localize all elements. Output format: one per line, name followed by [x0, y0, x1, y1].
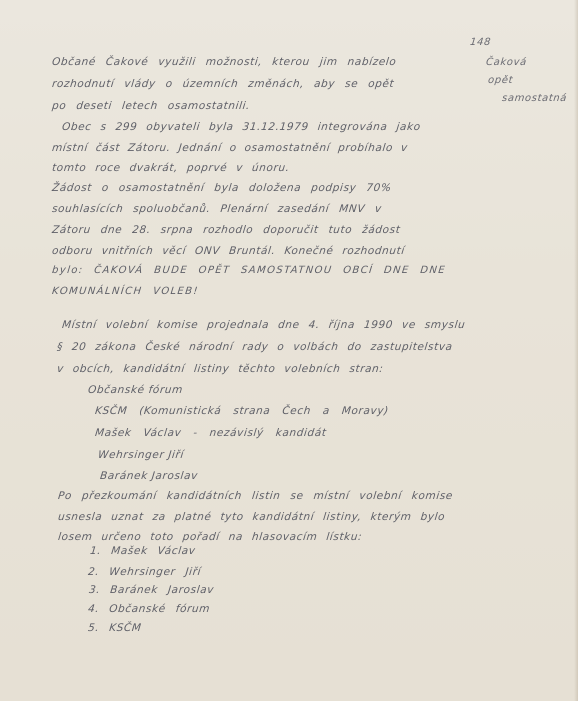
text-line: v obcích, kandidátní listiny těchto vole… [56, 364, 384, 375]
text-line: losem určeno toto pořadí na hlasovacím l… [57, 532, 362, 543]
list-item: Mašek Václav - nezávislý kandidát [94, 428, 327, 439]
text-line: bylo: ČAKOVÁ BUDE OPĚT SAMOSTATNOU OBCÍ … [51, 266, 446, 276]
list-item: Baránek Jaroslav [99, 471, 198, 482]
list-item: 5. KSČM [87, 623, 142, 634]
text-line: po deseti letech osamostatnili. [51, 101, 250, 112]
list-item: Občanské fórum [87, 385, 183, 396]
margin-note-line: opět [487, 76, 513, 86]
text-line: Obec s 299 obyvateli byla 31.12.1979 int… [61, 122, 421, 133]
handwritten-page: 148 Čaková opět samostatná Občané Čakové… [0, 0, 578, 701]
text-line: odboru vnitřních věcí ONV Bruntál. Koneč… [51, 246, 405, 257]
list-item: 3. Baránek Jaroslav [88, 585, 214, 596]
list-item: KSČM (Komunistická strana Čech a Moravy) [94, 406, 389, 417]
margin-note-line: samostatná [501, 94, 567, 104]
text-line: souhlasících spoluobčanů. Plenární zased… [51, 204, 382, 215]
text-line: Po přezkoumání kandidátních listin se mí… [57, 491, 453, 502]
list-item: 2. Wehrsinger Jiří [87, 567, 201, 578]
page-number: 148 [469, 38, 491, 48]
text-line: usnesla uznat za platné tyto kandidátní … [57, 512, 445, 523]
text-line: Žádost o osamostatnění byla doložena pod… [51, 183, 392, 194]
text-line: Zátoru dne 28. srpna rozhodlo doporučit … [51, 225, 400, 236]
text-line: místní část Zátoru. Jednání o osamostatn… [51, 143, 408, 154]
list-item: 4. Občanské fórum [87, 604, 210, 615]
text-line: rozhodnutí vlády o územních změnách, aby… [51, 79, 394, 90]
text-line: Místní volební komise projednala dne 4. … [61, 320, 465, 331]
text-line: Občané Čakové využili možnosti, kterou j… [51, 57, 396, 68]
list-item: 1. Mašek Václav [89, 546, 196, 557]
margin-note-line: Čaková [485, 58, 527, 68]
text-line: tomto roce dvakrát, poprvé v únoru. [51, 163, 290, 174]
text-line: KOMUNÁLNÍCH VOLEB! [51, 287, 199, 297]
text-line: § 20 zákona České národní rady o volbách… [56, 342, 453, 353]
list-item: Wehrsinger Jiří [97, 450, 184, 461]
